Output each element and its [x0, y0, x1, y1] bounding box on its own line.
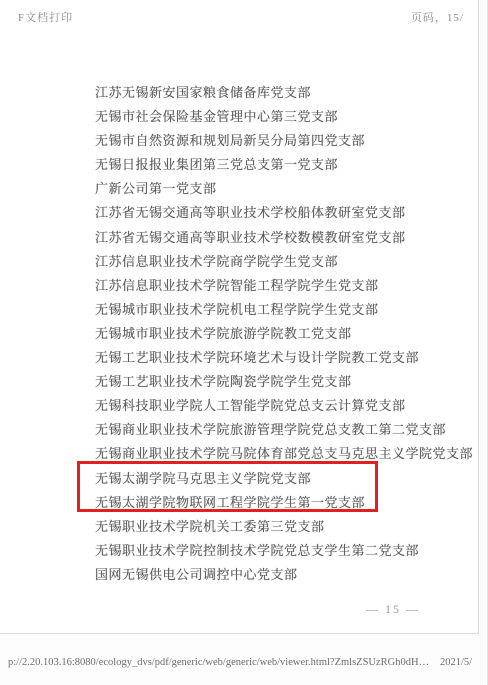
browser-print-footer: p://2.20.103.16:8080/ecology_dvs/pdf/gen…: [0, 650, 488, 685]
list-item: 无锡科技职业学院人工智能学院党总支云计算党支部: [95, 394, 475, 418]
list-item: 无锡工艺职业技术学院陶瓷学院学生党支部: [95, 370, 475, 394]
page-number: — 15 —: [366, 602, 420, 617]
pdf-page: F文档打印 页码，15/ 江苏无锡新安国家粮食储备库党支部无锡市社会保险基金管理…: [0, 0, 479, 634]
list-item: 广新公司第一党支部: [95, 177, 475, 201]
list-item: 江苏无锡新安国家粮食储备库党支部: [95, 81, 475, 105]
list-item: 江苏信息职业技术学院智能工程学院学生党支部: [95, 274, 475, 298]
list-item: 无锡商业职业技术学院旅游管理学院党总支教工第二党支部: [95, 418, 475, 442]
list-item: 江苏省无锡交通高等职业技术学校船体教研室党支部: [95, 201, 475, 225]
list-item: 无锡商业职业技术学院马院体育部党总支马克思主义学院党支部: [95, 442, 475, 466]
list-item: 无锡太湖学院马克思主义学院党支部: [95, 467, 475, 491]
list-item: 无锡职业技术学院控制技术学院党总支学生第二党支部: [95, 539, 475, 563]
list-item: 无锡城市职业技术学院机电工程学院学生党支部: [95, 298, 475, 322]
footer-url: p://2.20.103.16:8080/ecology_dvs/pdf/gen…: [8, 657, 432, 668]
list-item: 无锡日报报业集团第三党总支第一党支部: [95, 153, 475, 177]
list-item: 无锡市社会保险基金管理中心第三党支部: [95, 105, 475, 129]
list-item: 无锡太湖学院物联网工程学院学生第一党支部: [95, 491, 475, 515]
list-item: 江苏省无锡交通高等职业技术学校数模教研室党支部: [95, 226, 475, 250]
list-item: 无锡城市职业技术学院旅游学院教工党支部: [95, 322, 475, 346]
footer-date: 2021/5/: [440, 657, 472, 668]
list-item: 无锡市自然资源和规划局新吴分局第四党支部: [95, 129, 475, 153]
list-item: 江苏信息职业技术学院商学院学生党支部: [95, 250, 475, 274]
list-item: 国网无锡供电公司调控中心党支部: [95, 563, 475, 587]
print-header-page-code: 页码，15/: [411, 9, 464, 25]
list-item: 无锡工艺职业技术学院环境艺术与设计学院教工党支部: [95, 346, 475, 370]
branch-list: 江苏无锡新安国家粮食储备库党支部无锡市社会保险基金管理中心第三党支部无锡市自然资…: [95, 81, 475, 587]
print-header-title: F文档打印: [18, 9, 73, 25]
print-preview-screen: F文档打印 页码，15/ 江苏无锡新安国家粮食储备库党支部无锡市社会保险基金管理…: [0, 0, 488, 685]
page-right-margin: [480, 0, 488, 685]
list-item: 无锡职业技术学院机关工委第三党支部: [95, 515, 475, 539]
